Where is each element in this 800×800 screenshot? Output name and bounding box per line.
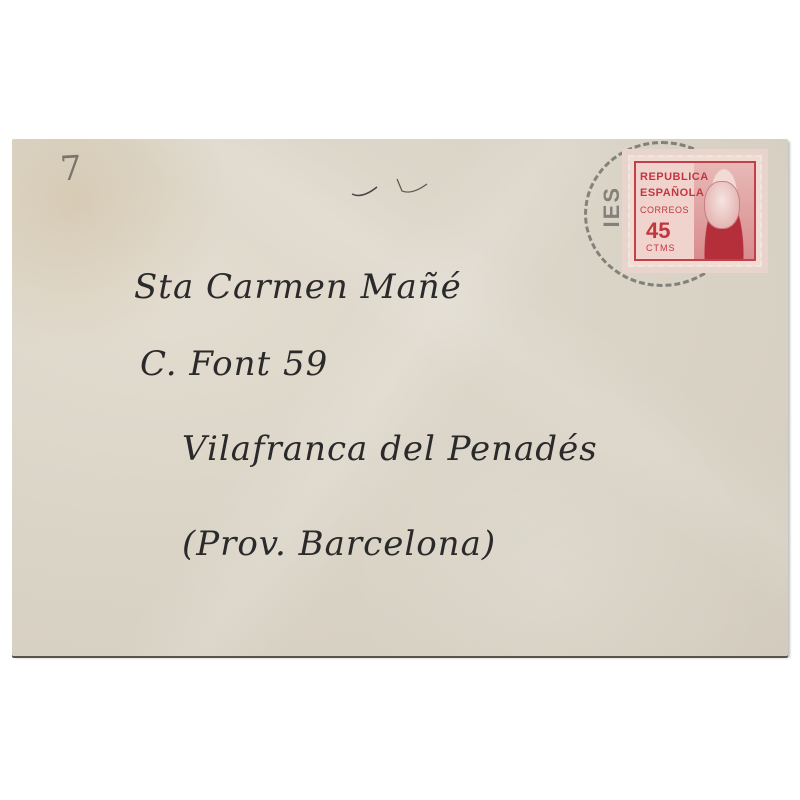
ink-scribble bbox=[342, 169, 442, 209]
address-province: (Prov. Barcelona) bbox=[182, 524, 496, 564]
pencil-note: 7 bbox=[59, 148, 83, 189]
portrait-face bbox=[704, 181, 740, 229]
stamp-unit: CTMS bbox=[646, 243, 676, 253]
address-recipient: Sta Carmen Mañé bbox=[134, 267, 462, 307]
stamp-country-line1: REPUBLICA bbox=[640, 171, 709, 183]
stamp-service: CORREOS bbox=[640, 205, 689, 215]
address-city: Vilafranca del Penadés bbox=[182, 429, 598, 469]
stamp-area: IES REPUBLICA ESPAÑOLA CORREOS 45 CTMS bbox=[584, 141, 764, 271]
stamp-frame: REPUBLICA ESPAÑOLA CORREOS 45 CTMS bbox=[634, 161, 756, 261]
address-street: C. Font 59 bbox=[140, 344, 328, 384]
envelope: 7 IES REPUBLICA ESPAÑOLA CORREOS 45 CTMS… bbox=[12, 139, 788, 656]
postmark-text: IES bbox=[599, 186, 625, 227]
postage-stamp: REPUBLICA ESPAÑOLA CORREOS 45 CTMS bbox=[628, 155, 762, 267]
stamp-value: 45 bbox=[646, 218, 670, 244]
stamp-country-line2: ESPAÑOLA bbox=[640, 187, 704, 199]
